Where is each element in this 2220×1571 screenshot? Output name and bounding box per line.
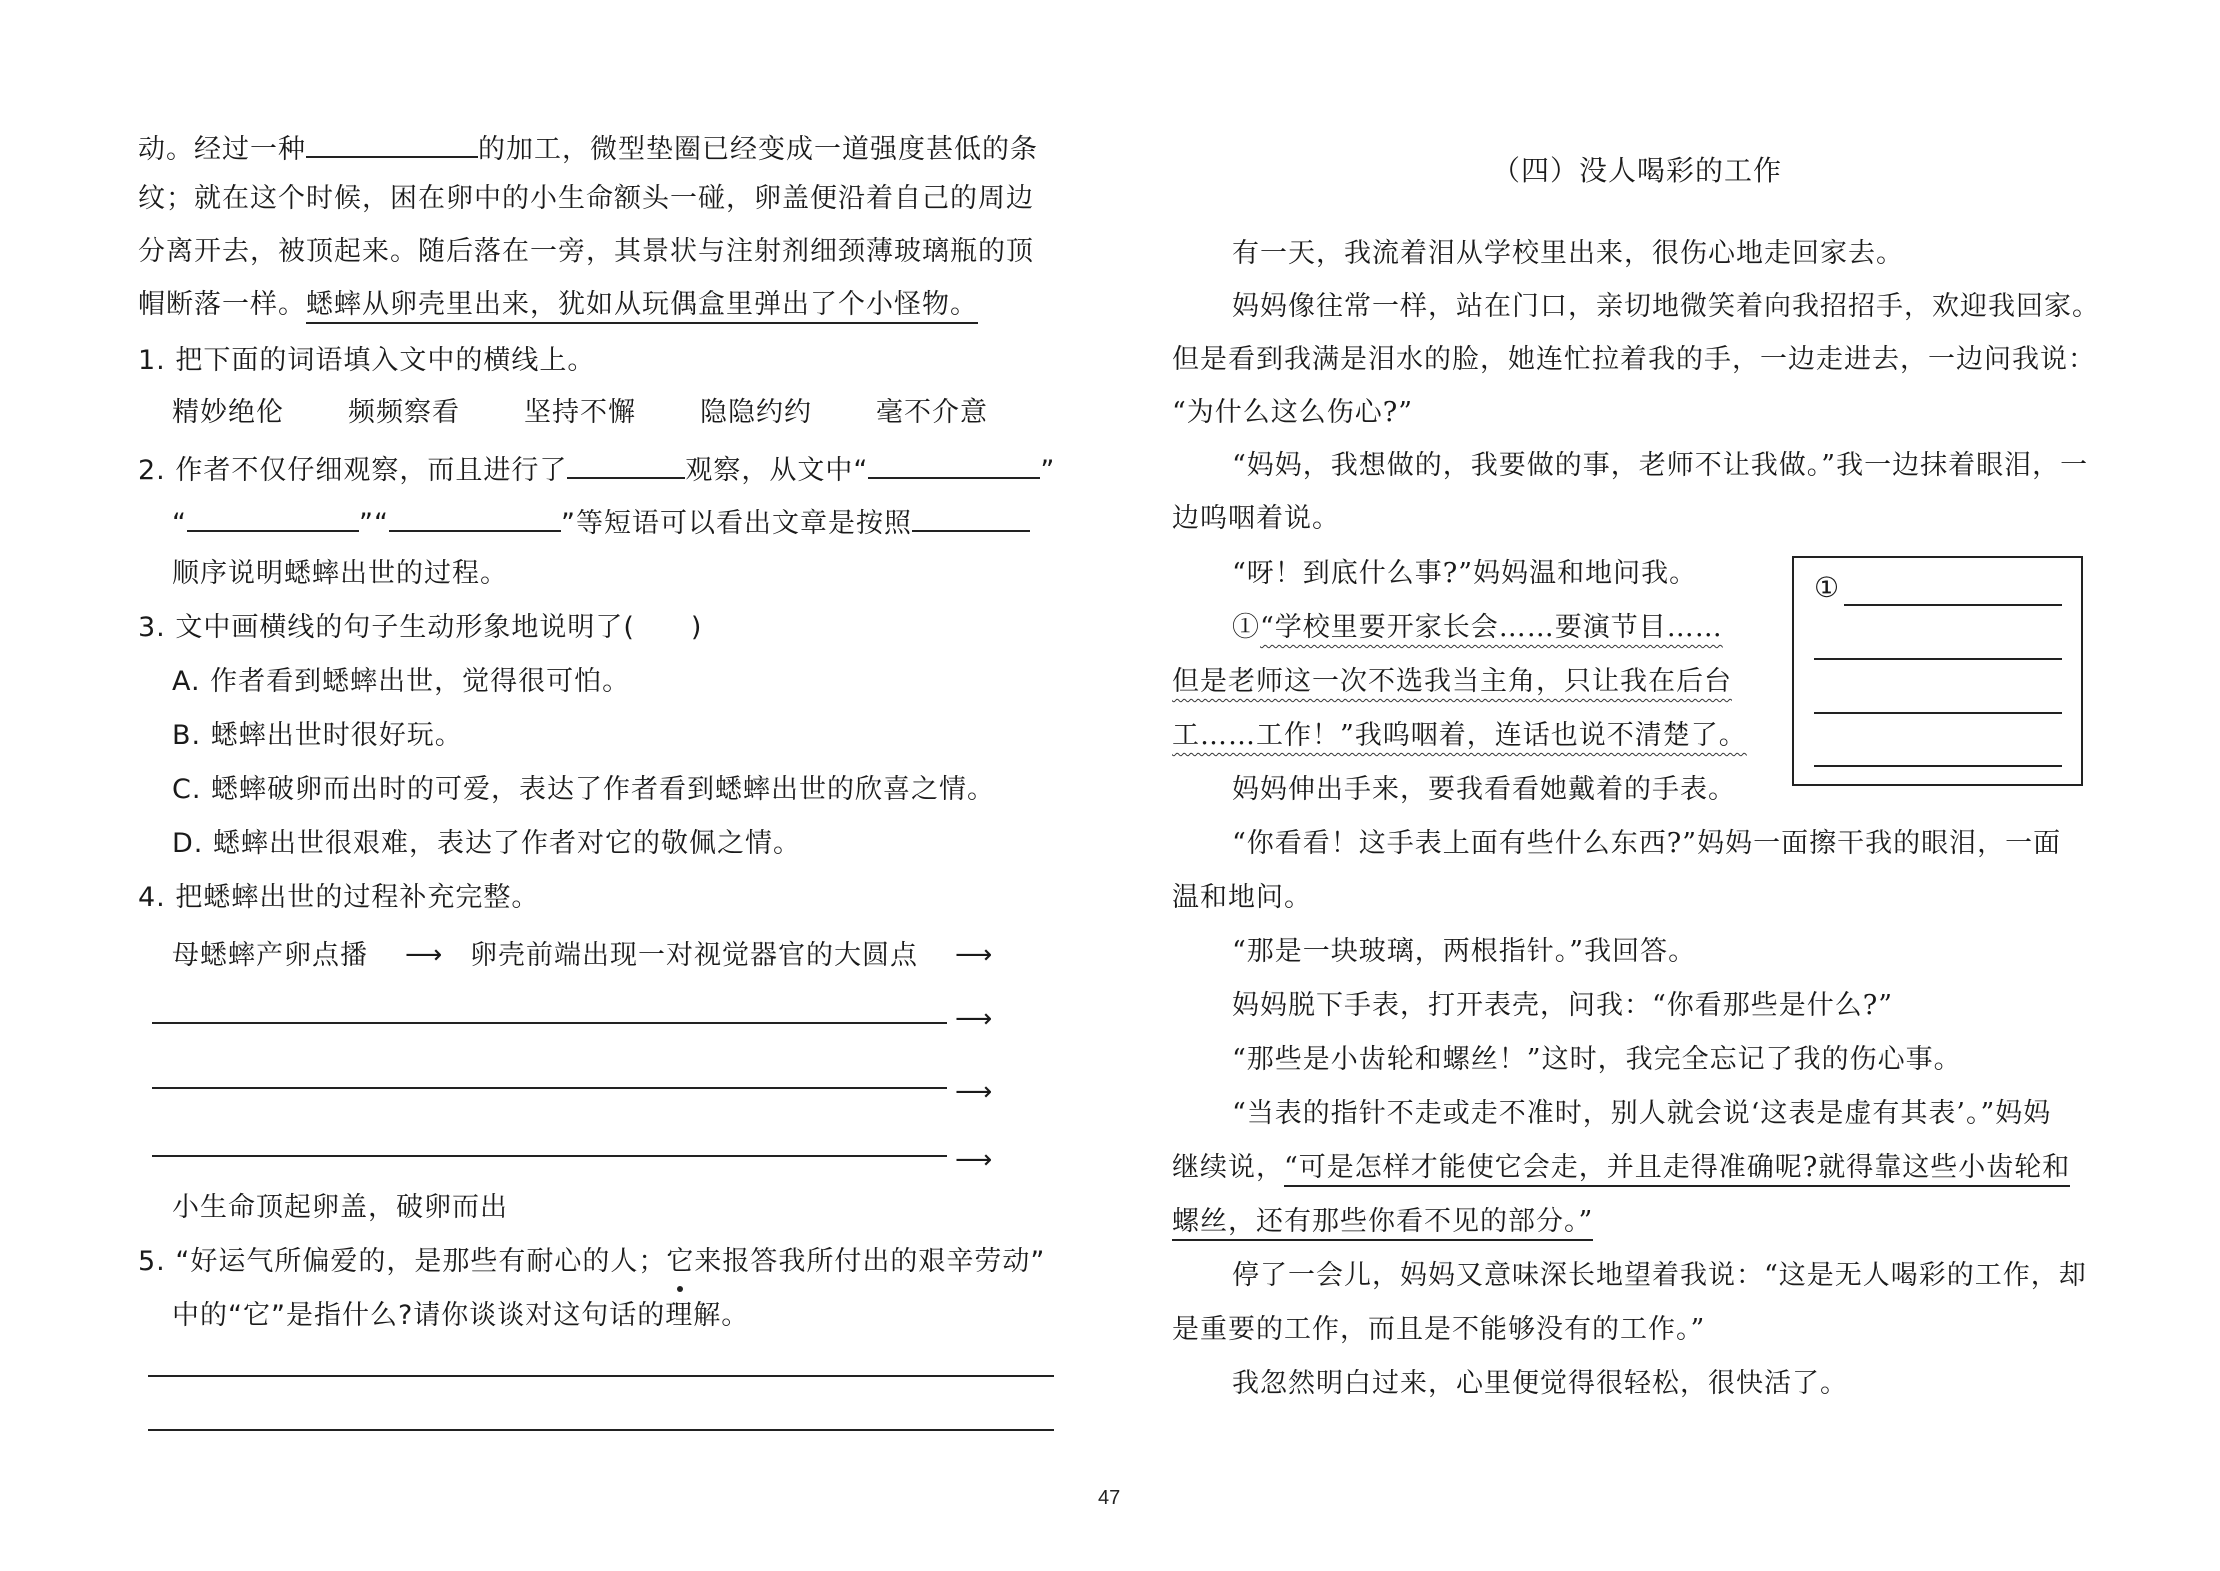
- quote-mark: “: [172, 508, 187, 539]
- question-5-line-2: 中的“它”是指什么?请你谈谈对这句话的理解。: [172, 1296, 749, 1336]
- annotation-line[interactable]: [1814, 765, 2062, 767]
- answer-blank[interactable]: [912, 500, 1030, 532]
- arrow-right-icon: ⟶: [405, 940, 442, 970]
- process-step-1: 母蟋蟀产卵点播: [172, 936, 368, 976]
- paragraph-line: “妈妈，我想做的，我要做的事，老师不让我做。”我一边抹着眼泪，一: [1232, 446, 2088, 486]
- wavy-underlined-text: “学校里要开家长会……要演节目……: [1260, 612, 1723, 643]
- paragraph-line: 温和地问。: [1172, 878, 1312, 918]
- passage-line-4: 帽断落一样。蟋蟀从卵壳里出来，犹如从玩偶盒里弹出了个小怪物。: [138, 285, 978, 325]
- quote-mark: ”: [1040, 455, 1055, 486]
- paragraph-line: 继续说，“可是怎样才能使它会走，并且走得准确呢?就得靠这些小齿轮和: [1172, 1148, 2070, 1188]
- process-final-step: 小生命顶起卵盖，破卵而出: [172, 1188, 508, 1228]
- question-text: ”等短语可以看出文章是按照: [561, 508, 912, 539]
- paragraph-text: 继续说，: [1172, 1152, 1284, 1183]
- question-5: 5. “好运气所偏爱的，是那些有耐心的人；它来报答我所付出的艰辛劳动”: [138, 1242, 1045, 1282]
- answer-blank[interactable]: [567, 447, 685, 479]
- passage-line-2: 纹；就在这个时候，困在卵中的小生命额头一碰，卵盖便沿着自己的周边: [138, 179, 1034, 219]
- answer-line[interactable]: [152, 1022, 947, 1024]
- underlined-sentence: “可是怎样才能使它会走，并且走得准确呢?就得靠这些小齿轮和: [1284, 1152, 2070, 1187]
- question-3: 3. 文中画横线的句子生动形象地说明了( ): [138, 608, 702, 648]
- circled-number-1: ①: [1232, 612, 1260, 643]
- answer-line[interactable]: [148, 1375, 1054, 1377]
- passage-text: 动。经过一种: [138, 134, 306, 165]
- annotation-line[interactable]: [1814, 658, 2062, 660]
- word-bank-item: 隐隐约约: [700, 393, 876, 433]
- paragraph-line: “当表的指针不走或走不准时，别人就会说‘这表是虚有其表’。”妈妈: [1232, 1094, 2051, 1134]
- paragraph-line: 是重要的工作，而且是不能够没有的工作。”: [1172, 1310, 1705, 1350]
- paragraph-line: 边呜咽着说。: [1172, 499, 1340, 539]
- wavy-underlined-text: 但是老师这一次不选我当主角，只让我在后台: [1172, 666, 1732, 697]
- answer-line[interactable]: [148, 1429, 1054, 1431]
- annotated-paragraph-line: ①“学校里要开家长会……要演节目……: [1232, 608, 1723, 648]
- left-page: 动。经过一种的加工，微型垫圈已经变成一道强度甚低的条 纹；就在这个时候，困在卵中…: [0, 0, 1110, 1571]
- question-4: 4. 把蟋蟀出世的过程补充完整。: [138, 878, 539, 918]
- arrow-right-icon: ⟶: [955, 1145, 992, 1175]
- option-label: D.: [172, 828, 203, 859]
- paragraph-line: “你看看！这手表上面有些什么东西?”妈妈一面擦干我的眼泪，一面: [1232, 824, 2061, 864]
- annotated-paragraph-line: 但是老师这一次不选我当主角，只让我在后台: [1172, 662, 1732, 702]
- word-bank-item: 坚持不懈: [524, 393, 700, 433]
- process-step-2: 卵壳前端出现一对视觉器官的大圆点: [470, 936, 918, 976]
- annotation-line[interactable]: [1844, 604, 2062, 606]
- paragraph-line: 妈妈像往常一样，站在门口，亲切地微笑着向我招招手，欢迎我回家。: [1232, 287, 2100, 327]
- emphasized-word: 它: [666, 1242, 694, 1282]
- annotation-line[interactable]: [1814, 712, 2062, 714]
- option-d[interactable]: D. 蟋蟀出世很艰难，表达了作者对它的敬佩之情。: [172, 824, 801, 864]
- paragraph-line: 妈妈脱下手表，打开表壳，问我：“你看那些是什么?”: [1232, 986, 1893, 1026]
- circled-number-1: ①: [1814, 570, 1839, 606]
- paragraph-line: “为什么这么伤心?”: [1172, 393, 1413, 433]
- option-label: C.: [172, 774, 201, 805]
- answer-blank[interactable]: [306, 126, 478, 158]
- option-label: B.: [172, 720, 201, 751]
- paragraph-line: 螺丝，还有那些你看不见的部分。”: [1172, 1202, 1593, 1242]
- question-number: 2.: [138, 455, 166, 486]
- paragraph-line: “呀！到底什么事?”妈妈温和地问我。: [1232, 554, 1697, 594]
- word-bank: 精妙绝伦频频察看坚持不懈隐隐约约毫不介意: [172, 393, 988, 433]
- answer-blank[interactable]: [389, 500, 561, 532]
- question-prompt: 把蟋蟀出世的过程补充完整。: [175, 882, 539, 913]
- page-number: 47: [1098, 1487, 1120, 1510]
- question-text: 作者不仅仔细观察，而且进行了: [175, 455, 567, 486]
- option-text: 蟋蟀出世时很好玩。: [211, 720, 463, 751]
- passage-line-1: 动。经过一种的加工，微型垫圈已经变成一道强度甚低的条: [138, 126, 1038, 170]
- question-text: 观察，从文中“: [685, 455, 868, 486]
- option-a[interactable]: A. 作者看到蟋蟀出世，觉得很可怕。: [172, 662, 630, 702]
- underlined-sentence: 蟋蟀从卵壳里出来，犹如从玩偶盒里弹出了个小怪物。: [306, 289, 978, 324]
- question-text: 来报答我所付出的艰辛劳动”: [694, 1246, 1045, 1277]
- passage-line-3: 分离开去，被顶起来。随后落在一旁，其景状与注射剂细颈薄玻璃瓶的顶: [138, 232, 1034, 272]
- paragraph-line: 有一天，我流着泪从学校里出来，很伤心地走回家去。: [1232, 234, 1904, 274]
- paragraph-line: 我忽然明白过来，心里便觉得很轻松，很快活了。: [1232, 1364, 1848, 1404]
- word-bank-item: 频频察看: [348, 393, 524, 433]
- question-number: 1.: [138, 345, 166, 376]
- question-prompt: 把下面的词语填入文中的横线上。: [175, 345, 595, 376]
- underlined-sentence: 螺丝，还有那些你看不见的部分。”: [1172, 1206, 1593, 1241]
- question-2-line-3: 顺序说明蟋蟀出世的过程。: [172, 554, 508, 594]
- passage-text: 帽断落一样。: [138, 289, 306, 320]
- annotation-box[interactable]: ①: [1792, 556, 2083, 786]
- arrow-right-icon: ⟶: [955, 1004, 992, 1034]
- wavy-underlined-text: 工……工作！”我呜咽着，连话也说不清楚了。: [1172, 720, 1747, 751]
- quote-mark: ”“: [359, 508, 389, 539]
- question-2: 2. 作者不仅仔细观察，而且进行了观察，从文中“”: [138, 447, 1055, 491]
- option-text: 蟋蟀出世很艰难，表达了作者对它的敬佩之情。: [213, 828, 801, 859]
- question-prompt[interactable]: 文中画横线的句子生动形象地说明了( ): [175, 612, 702, 643]
- option-label: A.: [172, 666, 201, 697]
- paragraph-line: 停了一会儿，妈妈又意味深长地望着我说：“这是无人喝彩的工作，却: [1232, 1256, 2087, 1296]
- question-number: 4.: [138, 882, 166, 913]
- answer-line[interactable]: [152, 1155, 947, 1157]
- question-2-line-2: “”“”等短语可以看出文章是按照: [172, 500, 1030, 544]
- paragraph-line: 但是看到我满是泪水的脸，她连忙拉着我的手，一边走进去，一边问我说：: [1172, 340, 2096, 380]
- answer-blank[interactable]: [868, 447, 1040, 479]
- paragraph-line: “那是一块玻璃，两根指针。”我回答。: [1232, 932, 1696, 972]
- arrow-right-icon: ⟶: [955, 1077, 992, 1107]
- answer-line[interactable]: [152, 1087, 947, 1089]
- passage-title: （四）没人喝彩的工作: [1492, 151, 1782, 191]
- option-text: 蟋蟀破卵而出时的可爱，表达了作者看到蟋蟀出世的欣喜之情。: [211, 774, 995, 805]
- passage-text: 的加工，微型垫圈已经变成一道强度甚低的条: [478, 134, 1038, 165]
- option-b[interactable]: B. 蟋蟀出世时很好玩。: [172, 716, 463, 756]
- word-bank-item: 毫不介意: [876, 393, 988, 433]
- arrow-right-icon: ⟶: [955, 940, 992, 970]
- answer-blank[interactable]: [187, 500, 359, 532]
- question-number: 5.: [138, 1246, 166, 1277]
- word-bank-item: 精妙绝伦: [172, 393, 348, 433]
- question-number: 3.: [138, 612, 166, 643]
- option-text: 作者看到蟋蟀出世，觉得很可怕。: [210, 666, 630, 697]
- question-text: “好运气所偏爱的，是那些有耐心的人；: [175, 1246, 666, 1277]
- paragraph-line: “那些是小齿轮和螺丝！”这时，我完全忘记了我的伤心事。: [1232, 1040, 1962, 1080]
- paragraph-line: 妈妈伸出手来，要我看看她戴着的手表。: [1232, 770, 1736, 810]
- question-1: 1. 把下面的词语填入文中的横线上。: [138, 341, 595, 381]
- annotated-paragraph-line: 工……工作！”我呜咽着，连话也说不清楚了。: [1172, 716, 1747, 756]
- option-c[interactable]: C. 蟋蟀破卵而出时的可爱，表达了作者看到蟋蟀出世的欣喜之情。: [172, 770, 995, 810]
